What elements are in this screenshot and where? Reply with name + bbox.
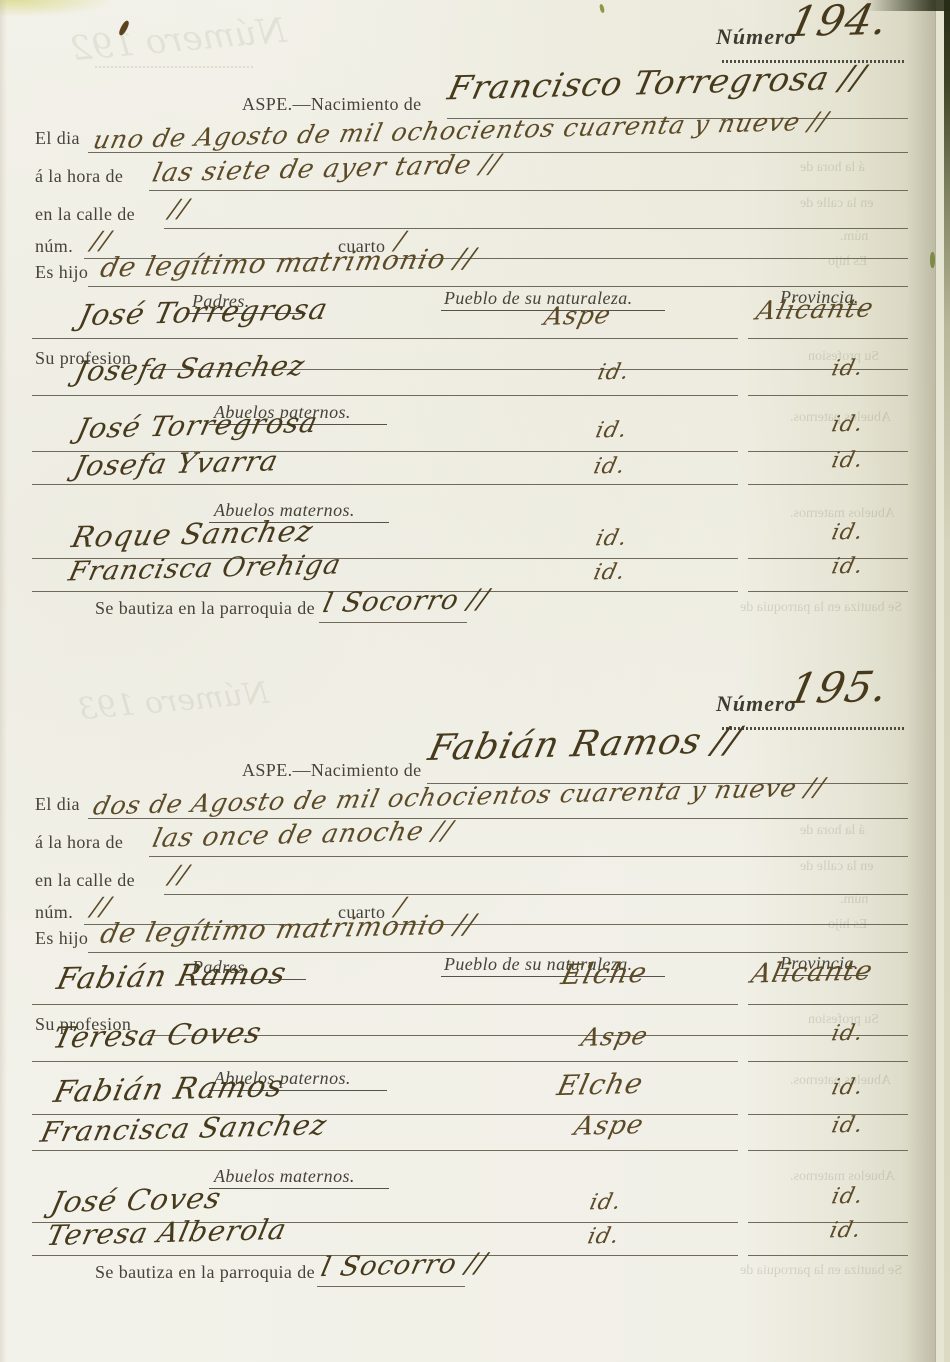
paternal-grandfather-pueblo: id. (593, 420, 629, 443)
birth-day-value: uno de Agosto de mil ochocientos cuarent… (91, 108, 831, 152)
maternal-grandmother-pueblo: id. (591, 562, 627, 585)
maternal-grandfather-provincia: id. (829, 1186, 865, 1209)
maternal-grandfather-pueblo: id. (593, 528, 629, 551)
father-pueblo: Aspe (542, 302, 614, 329)
rule-line (32, 1150, 738, 1151)
street-value: // (167, 862, 192, 887)
maternal-grandfather-provincia: id. (829, 522, 865, 545)
maternal-grandfather-pueblo: id. (587, 1192, 623, 1215)
paternal-grandmother-pueblo: Aspe (572, 1112, 646, 1140)
dark-corner (865, 0, 950, 11)
maternal-grandmother-name: Francisca Orehiga (66, 551, 344, 585)
father-name: José Torregrosa (76, 295, 331, 330)
birth-record-194: Número 194. ASPE.—Nacimiento de Francisc… (0, 0, 950, 663)
rule-line (748, 1222, 908, 1223)
rule-line (32, 484, 738, 485)
record-title-label: ASPE.—Nacimiento de (242, 94, 422, 115)
abuelos-maternos-header: Abuelos maternos. (214, 1166, 355, 1187)
rule-line (317, 1286, 465, 1287)
birth-day-label: El dia (35, 794, 80, 815)
wavy-underline (722, 727, 906, 730)
left-edge-shadow (0, 0, 7, 1362)
baptism-parish-value: l Socorro // (318, 1250, 489, 1281)
birth-hour-value: las siete de ayer tarde // (150, 151, 503, 186)
hijo-value: de legítimo matrimonio // (98, 911, 479, 948)
maternal-grandfather-name: José Coves (48, 1184, 224, 1217)
rule-line (748, 1061, 908, 1062)
paternal-grandmother-provincia: id. (829, 1115, 865, 1138)
paternal-grandmother-name: Josefa Yvarra (71, 447, 281, 480)
street-value: // (167, 196, 192, 221)
rule-line (32, 1061, 738, 1062)
paternal-grandfather-pueblo: Elche (555, 1070, 646, 1100)
birth-day-value: dos de Agosto de mil ochocientos cuarent… (91, 774, 828, 818)
baptism-label: Se bautiza en la parroquia de (95, 1262, 315, 1283)
mother-provincia: id. (829, 1023, 865, 1046)
paternal-grandfather-provincia: id. (829, 414, 865, 437)
hijo-label: Es hijo (35, 928, 88, 949)
maternal-grandmother-name: Teresa Alberola (44, 1216, 289, 1250)
hijo-value: de legítimo matrimonio // (98, 245, 479, 282)
rule-line (32, 395, 738, 396)
paternal-grandmother-provincia: id. (829, 450, 865, 473)
rule-line (748, 1255, 908, 1256)
page-curl-shadow (906, 0, 936, 1362)
street-label: en la calle de (35, 204, 135, 225)
mother-name: Teresa Coves (50, 1018, 264, 1052)
house-number-label: núm. (35, 902, 73, 923)
record-number-value: 195. (785, 666, 892, 711)
birth-record-195: Número 195. ASPE.—Nacimiento de Fabián R… (0, 663, 950, 1326)
hijo-label: Es hijo (35, 262, 88, 283)
scanned-page: Número 192 á la hora de en la calle de n… (0, 0, 950, 1362)
father-name: Fabián Ramos (54, 959, 289, 995)
mother-name: Josefa Sanchez (72, 352, 308, 386)
maternal-grandmother-pueblo: id. (585, 1226, 621, 1249)
father-provincia: Alicante (754, 295, 877, 324)
rule-line (748, 591, 908, 592)
street-label: en la calle de (35, 870, 135, 891)
yellow-smudge (0, 0, 110, 16)
maternal-grandmother-provincia: id. (829, 556, 865, 579)
paternal-grandfather-provincia: id. (829, 1077, 865, 1100)
house-number-label: núm. (35, 236, 73, 257)
green-speck (930, 252, 935, 268)
birth-hour-value: las once de anoche // (150, 818, 455, 852)
rule-line (748, 484, 908, 485)
rule-line (164, 228, 908, 229)
rule-line (748, 558, 908, 559)
birth-day-label: El dia (35, 128, 80, 149)
paternal-grandfather-name: José Torregrosa (74, 409, 321, 443)
rule-line (32, 338, 738, 339)
rule-line (149, 190, 908, 191)
father-pueblo: Elche (559, 959, 650, 989)
binding-edge (944, 0, 950, 1362)
maternal-grandmother-provincia: id. (827, 1220, 863, 1243)
rule-line (149, 856, 908, 857)
rule-line (748, 338, 908, 339)
paternal-grandmother-pueblo: id. (591, 456, 627, 479)
birth-hour-label: á la hora de (35, 832, 123, 853)
paternal-grandfather-name: Fabián Ramos (51, 1072, 286, 1108)
rule-line (164, 894, 908, 895)
rule-line (748, 451, 908, 452)
maternal-grandfather-name: Roque Sanchez (69, 517, 316, 552)
baptism-label: Se bautiza en la parroquia de (95, 598, 315, 619)
mother-pueblo: Aspe (579, 1023, 651, 1050)
rule-line (147, 1035, 908, 1036)
paternal-grandmother-name: Francisca Sanchez (38, 1111, 330, 1146)
rule-line (88, 818, 908, 819)
house-number-value: // (89, 228, 114, 253)
rule-line (319, 622, 467, 623)
child-name: Francisco Torregrosa // (445, 61, 869, 105)
mother-provincia: id. (829, 358, 865, 381)
baptism-parish-value: l Socorro // (320, 586, 491, 617)
rule-line (748, 1004, 908, 1005)
child-name: Fabián Ramos // (425, 723, 744, 767)
rule-line (748, 1150, 908, 1151)
birth-hour-label: á la hora de (35, 166, 123, 187)
rule-line (748, 395, 908, 396)
record-title-label: ASPE.—Nacimiento de (242, 760, 422, 781)
mother-pueblo: id. (595, 362, 631, 385)
house-number-value: // (89, 894, 114, 919)
header-underline (209, 1188, 389, 1189)
rule-line (32, 1004, 738, 1005)
rule-line (748, 1114, 908, 1115)
father-provincia: Alicante (749, 957, 876, 987)
